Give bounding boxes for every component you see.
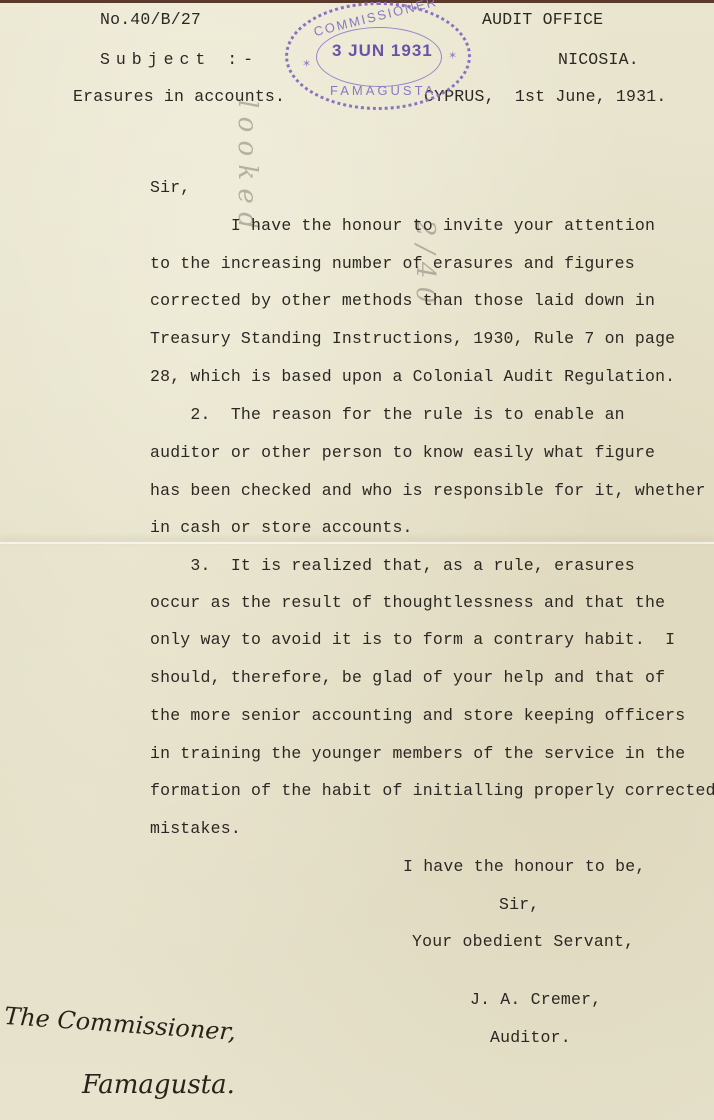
signatory-title: Auditor. — [490, 1028, 571, 1048]
body-line: I have the honour to invite your attenti… — [150, 216, 655, 236]
handwritten-addressee-place: Famagusta. — [82, 1070, 235, 1100]
body-line: occur as the result of thoughtlessness a… — [150, 593, 665, 613]
subject-label: Subject :- — [100, 50, 259, 70]
body-line: Treasury Standing Instructions, 1930, Ru… — [150, 329, 675, 349]
body-line: 2. The reason for the rule is to enable … — [150, 405, 625, 425]
commissioner-stamp: COMMISSIONER 3 JUN 1931 FAMAGUSTA ✶ ✶ — [285, 2, 471, 110]
office-name: AUDIT OFFICE — [482, 10, 603, 30]
star-icon: ✶ — [302, 57, 311, 70]
place-date: CYPRUS, 1st June, 1931. — [424, 87, 666, 107]
stamp-bottom-text: FAMAGUSTA — [330, 83, 436, 98]
body-line: in cash or store accounts. — [150, 518, 413, 538]
closing-line: Your obedient Servant, — [412, 932, 634, 952]
star-icon: ✶ — [448, 49, 457, 62]
office-city: NICOSIA. — [558, 50, 639, 70]
reference-number: No.40/B/27 — [100, 10, 201, 30]
body-line: auditor or other person to know easily w… — [150, 443, 655, 463]
body-line: should, therefore, be glad of your help … — [150, 668, 665, 688]
salutation: Sir, — [150, 178, 190, 198]
body-line: 28, which is based upon a Colonial Audit… — [150, 367, 675, 387]
body-line: corrected by other methods than those la… — [150, 291, 655, 311]
stamp-date: 3 JUN 1931 — [332, 41, 433, 61]
body-line: only way to avoid it is to form a contra… — [150, 630, 675, 650]
body-line: in training the younger members of the s… — [150, 744, 685, 764]
body-line: to the increasing number of erasures and… — [150, 254, 635, 274]
body-line: mistakes. — [150, 819, 241, 839]
body-line: has been checked and who is responsible … — [150, 481, 706, 501]
signatory-name: J. A. Cremer, — [470, 990, 601, 1010]
subject-text: Erasures in accounts. — [73, 87, 285, 107]
body-line: 3. It is realized that, as a rule, erasu… — [150, 556, 635, 576]
closing-line: I have the honour to be, — [403, 857, 645, 877]
closing-line: Sir, — [499, 895, 539, 915]
paper-fold-line — [0, 542, 714, 544]
body-line: formation of the habit of initialling pr… — [150, 781, 714, 801]
body-line: the more senior accounting and store kee… — [150, 706, 685, 726]
